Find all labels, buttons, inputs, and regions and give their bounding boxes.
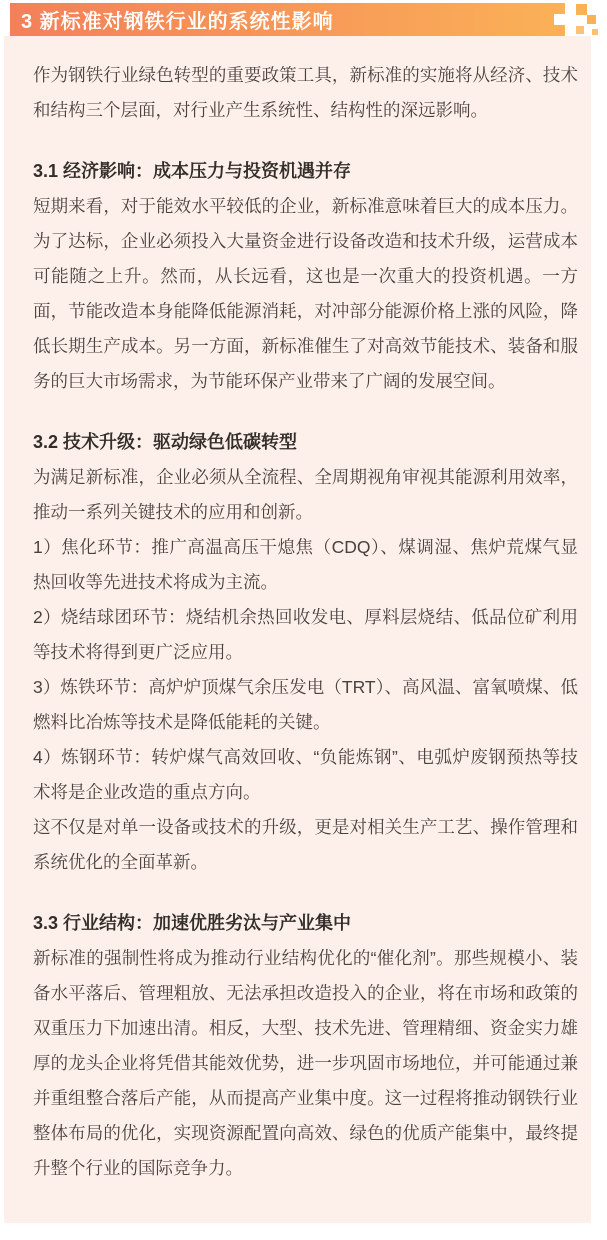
pixel-square <box>576 26 584 34</box>
section-3-2-paragraph: 为满足新标准，企业必须从全流程、全周期视角审视其能源利用效率，推动一系列关键技术… <box>33 460 578 530</box>
pixel-square <box>587 15 596 24</box>
list-item-sintering: 2）烧结球团环节：烧结机余热回收发电、厚料层烧结、低品位矿利用等技术将得到更广泛… <box>33 600 578 670</box>
section-3-3-heading: 3.3 行业结构：加速优胜劣汰与产业集中 <box>33 906 578 941</box>
section-header-bar: 3 新标准对钢铁行业的系统性影响 <box>10 3 565 36</box>
section-3-2-closing-paragraph: 这不仅是对单一设备或技术的升级，更是对相关生产工艺、操作管理和系统优化的全面革新… <box>33 810 578 880</box>
pixel-square <box>592 29 598 35</box>
section-3-3-paragraph: 新标准的强制性将成为推动行业结构优化的“催化剂”。那些规模小、装备水平落后、管理… <box>33 941 578 1186</box>
section-3-1-heading: 3.1 经济影响：成本压力与投资机遇并存 <box>33 154 578 189</box>
pixel-square <box>576 4 587 15</box>
section-3-1-paragraph: 短期来看，对于能效水平较低的企业，新标准意味着巨大的成本压力。为了达标，企业必须… <box>33 189 578 399</box>
pixel-square <box>554 14 565 25</box>
article-body: 作为钢铁行业绿色转型的重要政策工具，新标准的实施将从经济、技术和结构三个层面，对… <box>4 36 591 1206</box>
intro-paragraph: 作为钢铁行业绿色转型的重要政策工具，新标准的实施将从经济、技术和结构三个层面，对… <box>33 58 578 128</box>
section-header-title: 3 新标准对钢铁行业的系统性影响 <box>10 5 334 34</box>
section-3-2-heading: 3.2 技术升级：驱动绿色低碳转型 <box>33 425 578 460</box>
list-item-coking: 1）焦化环节：推广高温高压干熄焦（CDQ）、煤调湿、焦炉荒煤气显热回收等先进技术… <box>33 530 578 600</box>
content-card: 作为钢铁行业绿色转型的重要政策工具，新标准的实施将从经济、技术和结构三个层面，对… <box>4 36 591 1223</box>
list-item-steelmaking: 4）炼钢环节：转炉煤气高效回收、“负能炼钢”、电弧炉废钢预热等技术将是企业改造的… <box>33 740 578 810</box>
list-item-ironmaking: 3）炼铁环节：高炉炉顶煤气余压发电（TRT）、高风温、富氧喷煤、低燃料比冶炼等技… <box>33 670 578 740</box>
